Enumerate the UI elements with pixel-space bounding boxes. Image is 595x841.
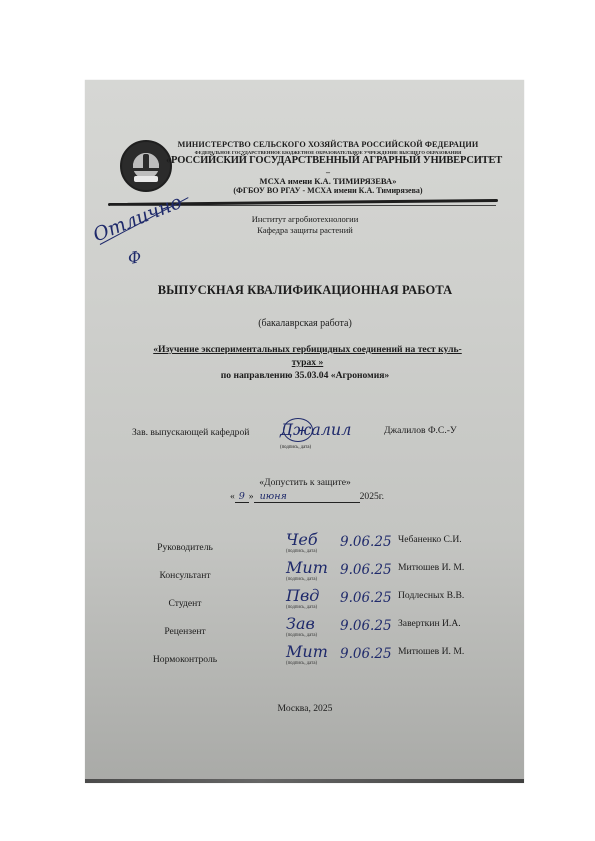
signatory-signature: Мит: [286, 642, 328, 661]
department: Кафедра защиты растений: [215, 225, 395, 235]
signatory-date: 9.06.25: [340, 646, 392, 662]
admission-date: «9»июня2025г.: [230, 491, 384, 503]
signatory-role: Нормоконтроль: [110, 654, 260, 665]
signatory-role: Руководитель: [110, 542, 260, 553]
head-of-department-label: Зав. выпускающей кафедрой: [132, 427, 249, 438]
document-subtitle: (бакалаврская работа): [100, 318, 510, 329]
signatory-role: Студент: [110, 598, 260, 609]
signature-caption: (подпись, дата): [286, 549, 317, 554]
admission-month: июня: [254, 491, 360, 503]
signatory-role: Рецензент: [110, 626, 260, 637]
signatory-date: 9.06.25: [340, 534, 392, 550]
signatory-name: Митюшев И. М.: [398, 646, 464, 657]
document-title: ВЫПУСКНАЯ КВАЛИФИКАЦИОННАЯ РАБОТА: [100, 283, 510, 298]
signatory-date: 9.06.25: [340, 562, 392, 578]
ministry-line: МИНИСТЕРСТВО СЕЛЬСКОГО ХОЗЯЙСТВА РОССИЙС…: [168, 140, 488, 149]
signatory-name: Митюшев И. М.: [398, 562, 464, 573]
admission-text: «Допустить к защите»: [100, 477, 510, 488]
signatory-signature: Чеб: [286, 530, 318, 549]
signatory-date: 9.06.25: [340, 618, 392, 634]
study-direction: по направлению 35.03.04 «Агрономия»: [100, 370, 510, 381]
head-of-department-name: Джалилов Ф.С.-У: [384, 425, 457, 436]
thesis-topic-line-2: турах »: [110, 356, 505, 369]
thesis-topic-line-1: «Изучение экспериментальных гербицидных …: [110, 343, 505, 356]
head-of-department-signature: Джалил: [280, 420, 351, 439]
signatory-signature: Мит: [286, 558, 328, 577]
admission-day: 9: [235, 491, 249, 503]
signatory-name: Подлесных В.В.: [398, 590, 464, 601]
signatory-signature: Пвд: [286, 586, 319, 605]
signatory-signature: Зав: [286, 614, 315, 633]
institute: Институт агробиотехнологии: [215, 214, 395, 224]
abbreviation-line: (ФГБОУ ВО РГАУ - МСХА имени К.А. Тимиряз…: [168, 186, 488, 195]
signatory-name: Заверткин И.А.: [398, 618, 461, 629]
signature-caption: (подпись, дата): [286, 605, 317, 610]
signatory-date: 9.06.25: [340, 590, 392, 606]
university-line: «РОССИЙСКИЙ ГОСУДАРСТВЕННЫЙ АГРАРНЫЙ УНИ…: [166, 155, 490, 166]
university-name-line: МСХА имени К.А. ТИМИРЯЗЕВА»: [168, 176, 488, 186]
signature-caption: (подпись, дата): [286, 633, 317, 638]
admission-year: 2025г.: [360, 491, 384, 502]
city-year: Москва, 2025: [100, 703, 510, 714]
signatory-name: Чебаненко С.И.: [398, 534, 462, 545]
university-emblem-icon: [120, 140, 172, 192]
signature-caption: (подпись, дата): [286, 577, 317, 582]
signature-caption: (подпись, дата): [280, 445, 311, 450]
signatory-role: Консультант: [110, 570, 260, 581]
thesis-topic: «Изучение экспериментальных гербицидных …: [110, 343, 505, 369]
signature-caption: (подпись, дата): [286, 661, 317, 666]
